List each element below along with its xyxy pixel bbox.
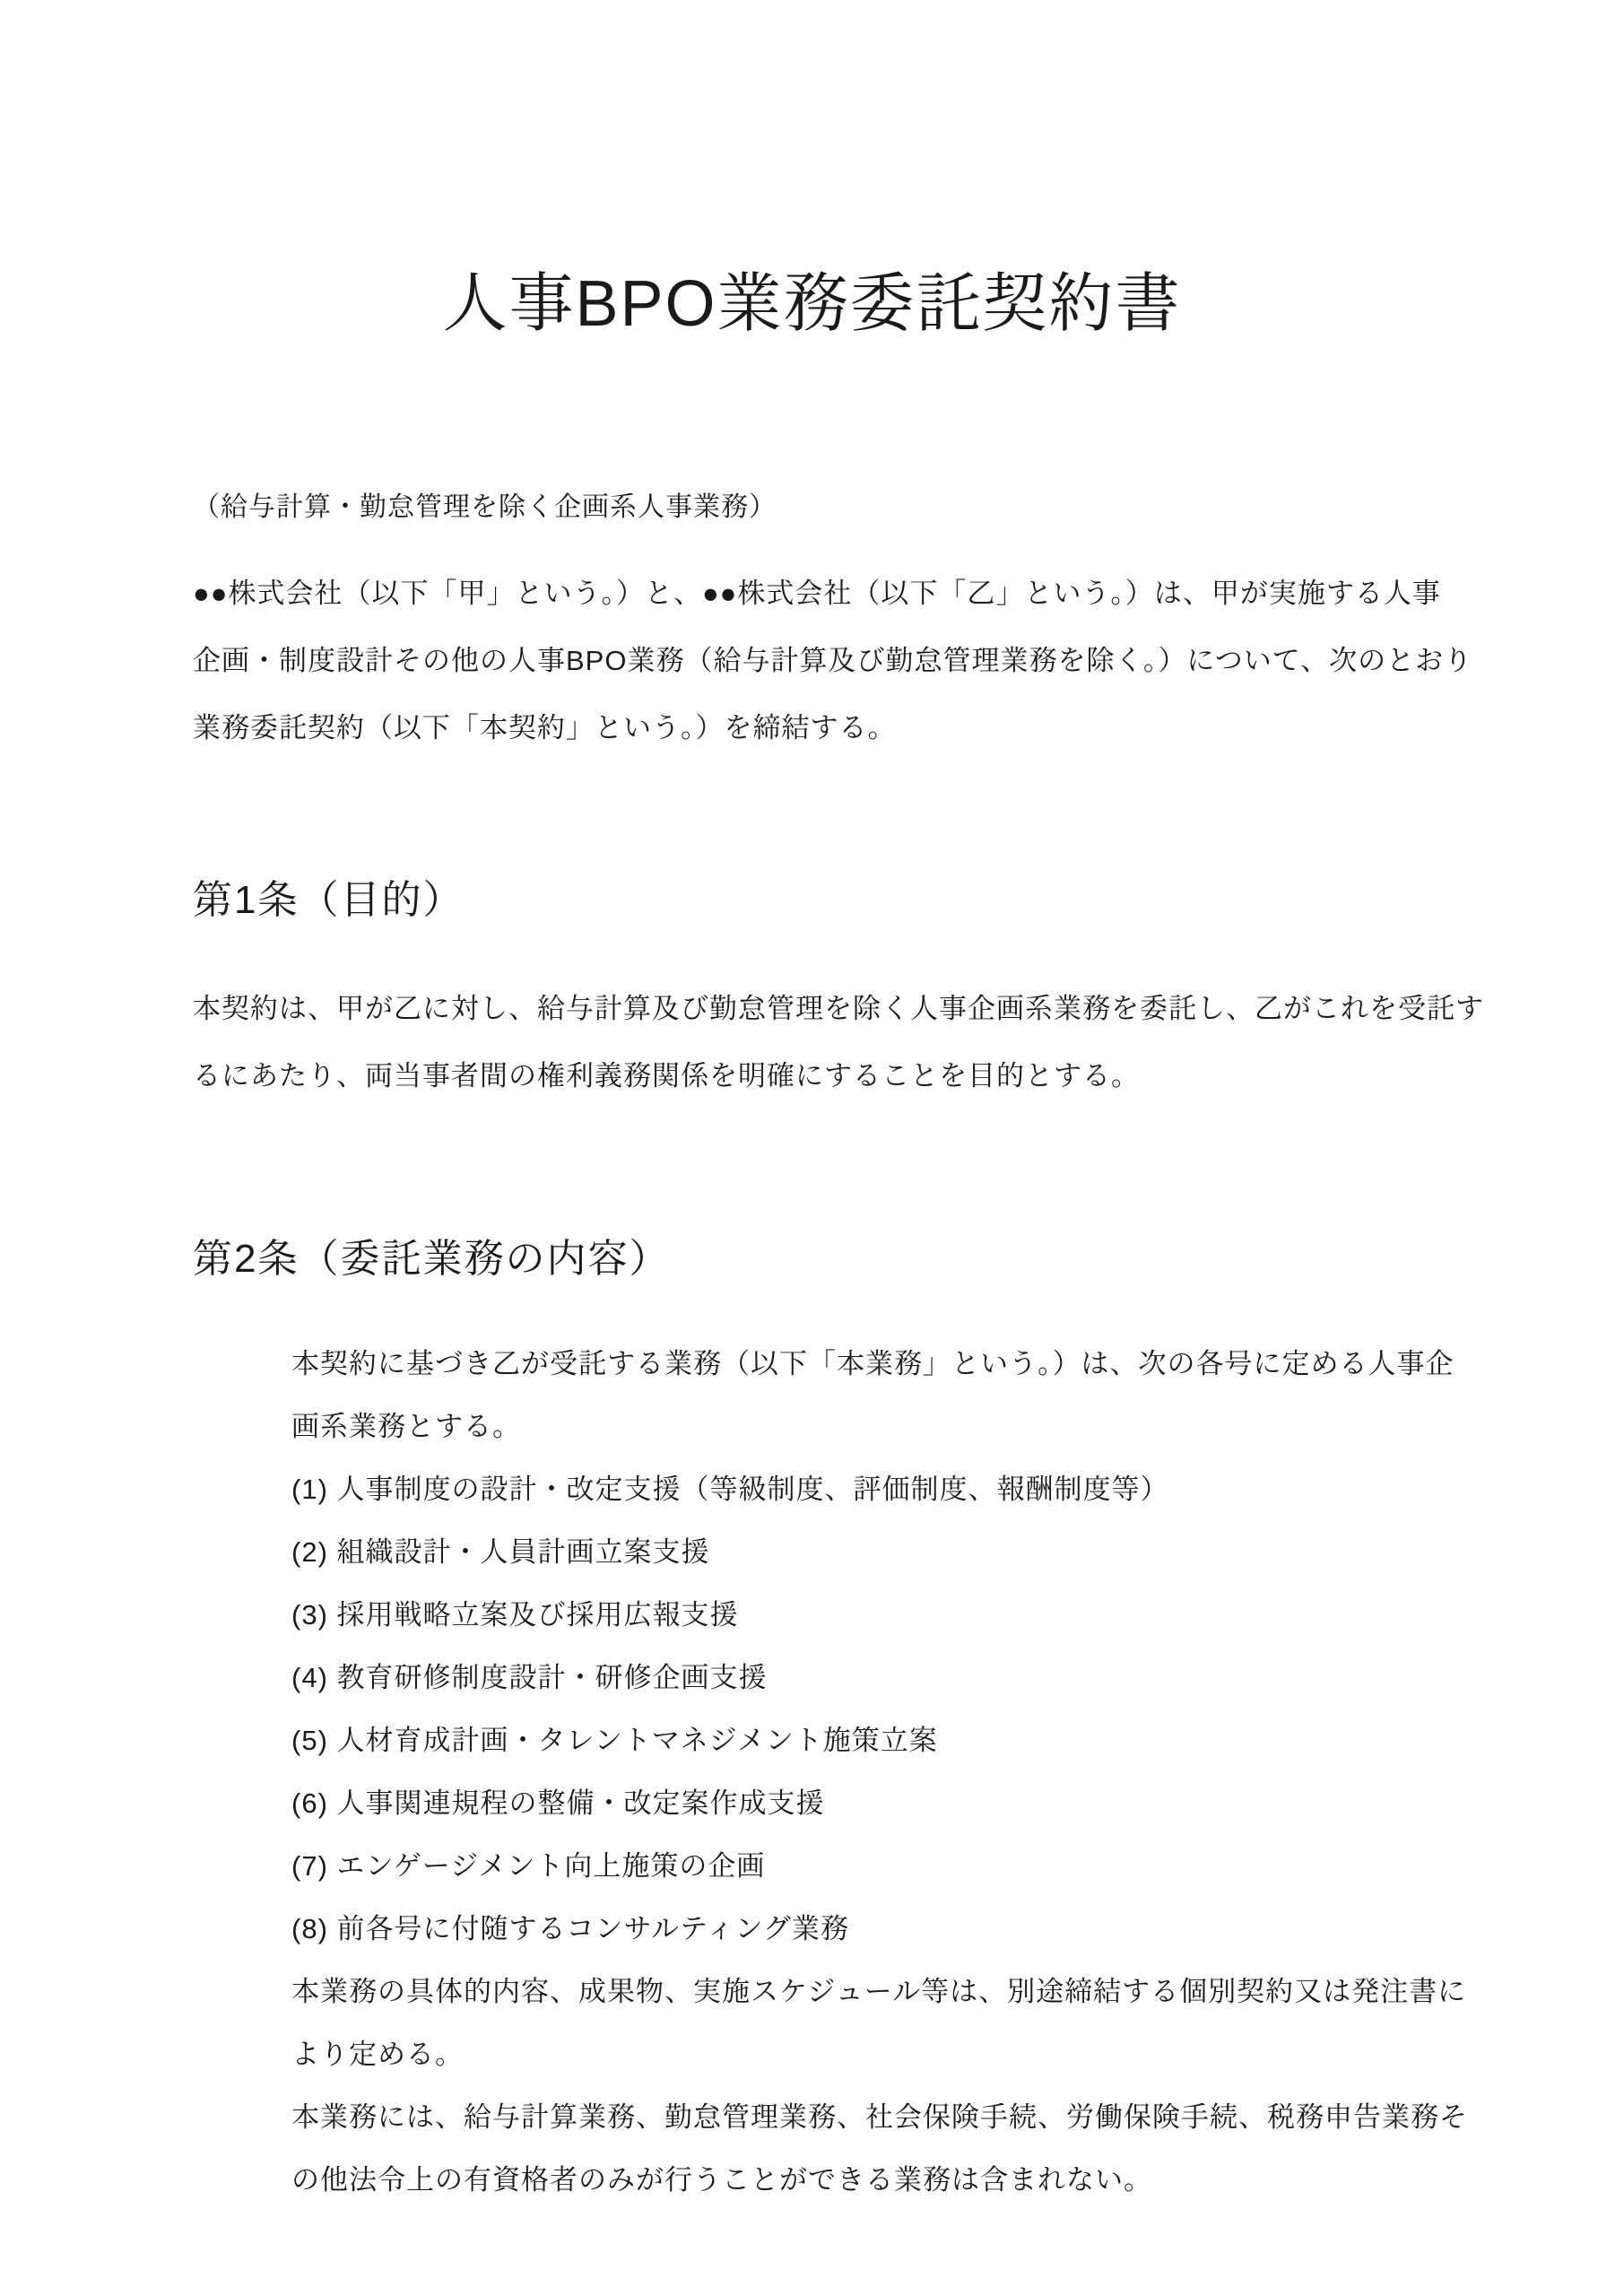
document-subtitle: （給与計算・勤怠管理を除く企画系人事業務） — [193, 491, 777, 524]
intro-line: 業務委託契約（以下「本契約」という。）を締結する。 — [193, 694, 1472, 761]
closing-line: の他法令上の有資格者のみが行うことができる業務は含まれない。 — [291, 2149, 1468, 2212]
intro-line: ●●株式会社（以下「甲」という。）と、●●株式会社（以下「乙」という。）は、甲が… — [193, 560, 1472, 627]
intro-line: 企画・制度設計その他の人事BPO業務（給与計算及び勤怠管理業務を除く。）について… — [193, 627, 1472, 694]
list-item: (4) 教育研修制度設計・研修企画支援 — [291, 1647, 1468, 1709]
intro-paragraph: ●●株式会社（以下「甲」という。）と、●●株式会社（以下「乙」という。）は、甲が… — [193, 560, 1472, 761]
list-item: (3) 採用戦略立案及び採用広報支援 — [291, 1584, 1468, 1647]
body-line: 本契約に基づき乙が受託する業務（以下「本業務」という。）は、次の各号に定める人事… — [291, 1333, 1468, 1396]
list-item: (7) エンゲージメント向上施策の企画 — [291, 1835, 1468, 1898]
article2-body: 本契約に基づき乙が受託する業務（以下「本業務」という。）は、次の各号に定める人事… — [291, 1333, 1468, 2212]
list-item: (2) 組織設計・人員計画立案支援 — [291, 1521, 1468, 1584]
document-title: 人事BPO業務委託契約書 — [0, 269, 1624, 340]
closing-line: より定める。 — [291, 2023, 1468, 2086]
contract-document-page: 人事BPO業務委託契約書 （給与計算・勤怠管理を除く企画系人事業務） ●●株式会… — [0, 0, 1624, 2296]
paragraph-line: るにあたり、両当事者間の権利義務関係を明確にすることを目的とする。 — [193, 1042, 1484, 1109]
closing-line: 本業務には、給与計算業務、勤怠管理業務、社会保険手続、労働保険手続、税務申告業務… — [291, 2086, 1468, 2149]
paragraph-line: 本契約は、甲が乙に対し、給与計算及び勤怠管理を除く人事企画系業務を委託し、乙がこ… — [193, 975, 1484, 1042]
list-item: (5) 人材育成計画・タレントマネジメント施策立案 — [291, 1709, 1468, 1772]
list-item: (1) 人事制度の設計・改定支援（等級制度、評価制度、報酬制度等） — [291, 1458, 1468, 1521]
closing-line: 本業務の具体的内容、成果物、実施スケジュール等は、別途締結する個別契約又は発注書… — [291, 1961, 1468, 2023]
list-item: (8) 前各号に付随するコンサルティング業務 — [291, 1898, 1468, 1961]
list-item: (6) 人事関連規程の整備・改定案作成支援 — [291, 1772, 1468, 1835]
body-line: 画系業務とする。 — [291, 1396, 1468, 1458]
article1-paragraph: 本契約は、甲が乙に対し、給与計算及び勤怠管理を除く人事企画系業務を委託し、乙がこ… — [193, 975, 1484, 1109]
article1-heading: 第1条（目的） — [193, 879, 464, 922]
article2-heading: 第2条（委託業務の内容） — [193, 1238, 670, 1281]
